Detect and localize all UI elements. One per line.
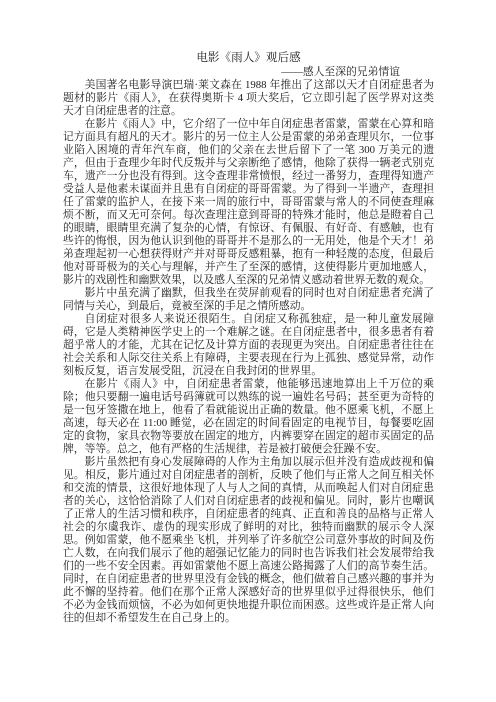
paragraph-plot-summary: 在影片《雨人》中，它介绍了一位中年自闭症患者雷蒙，雷蒙在心算和暗记方面具有超凡的… (63, 118, 434, 287)
paragraph-autism-explanation: 自闭症对很多人来说还很陌生。自闭症又称孤独症，是一种儿童发展障碍，它是人类精神医… (63, 313, 434, 378)
document-page: 电影《雨人》观后感 ——感人至深的兄弟情谊 美国著名电影导演巴瑞·莱文森在 19… (0, 0, 496, 702)
document-subtitle: ——感人至深的兄弟情谊 (63, 65, 434, 79)
paragraph-raymond-habits: 在影片《雨人》中，自闭症患者雷蒙，他能够迅速地算出上千万位的乘除；他只要翻一遍电… (63, 378, 434, 456)
document-body: 美国著名电影导演巴瑞·莱文森在 1988 年推出了这部以天才自闭症患者为题材的影… (63, 79, 434, 625)
paragraph-personal-feeling: 影片中虽充满了幽默，但我坐在荧屏前观看的同时也对自闭症患者充满了同情与关心，到最… (63, 287, 434, 313)
document-title: 电影《雨人》观后感 (63, 50, 434, 65)
paragraph-intro: 美国著名电影导演巴瑞·莱文森在 1988 年推出了这部以天才自闭症患者为题材的影… (63, 79, 434, 118)
paragraph-reflection: 影片虽然把有身心发展障碍的人作为主角加以展示但并没有造成歧视和偏见。相反，影片通… (63, 456, 434, 625)
